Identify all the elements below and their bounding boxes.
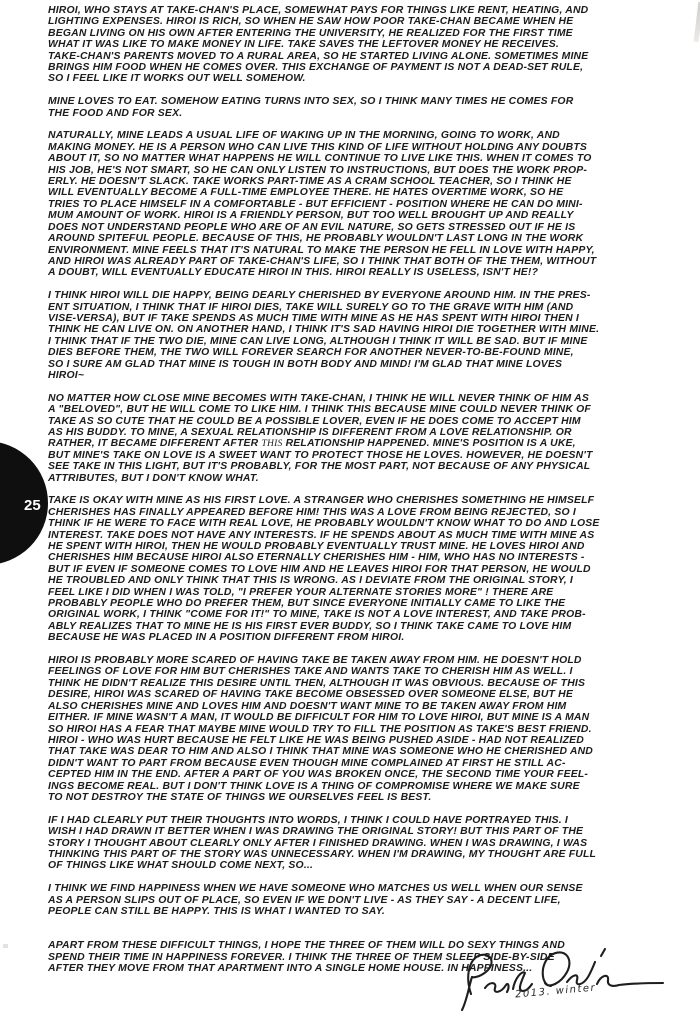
paragraph: HIROI, WHO STAYS AT TAKE-CHAN'S PLACE, S… (48, 5, 673, 85)
text-span: RATHER, IT BECAME DIFFERENT AFTER (48, 438, 261, 449)
text-line: SO I SURE AM GLAD THAT MINE IS TOUGH IN … (48, 359, 673, 370)
text-line: TAKE AS SO CUTE THAT HE COULD BE A POSSI… (48, 416, 673, 427)
text-line: VISE-VERSA), BUT IF TAKE SPENDS AS MUCH … (48, 313, 673, 324)
paragraph: IF I HAD CLEARLY PUT THEIR THOUGHTS INTO… (48, 815, 673, 872)
paragraph: MINE LOVES TO EAT. SOMEHOW EATING TURNS … (48, 96, 673, 119)
paragraph: NO MATTER HOW CLOSE MINE BECOMES WITH TA… (48, 393, 673, 484)
text-line: AS A PERSON SLIPS OUT OF PLACE, SO EVEN … (48, 895, 673, 906)
text-line: PROBABLY PEOPLE WHO DO PREFER THEM, BUT … (48, 598, 673, 609)
text-line: SO I FEEL LIKE IT WORKS OUT WELL SOMEHOW… (48, 73, 673, 84)
text-line: SEE TAKE IN THIS LIGHT, BUT IT'S PROBABL… (48, 461, 673, 472)
text-line: HIROI - WHO WAS HURT BECAUSE HE FELT LIK… (48, 735, 673, 746)
text-line: NATURALLY, MINE LEADS A USUAL LIFE OF WA… (48, 130, 673, 141)
text-span: RELATIONSHIP HAPPENED. MINE'S POSITION I… (283, 438, 576, 449)
text-line: CHERISHES HIM BECAUSE HIROI ALSO ETERNAL… (48, 552, 673, 563)
text-line: TO NOT DESTROY THE STATE OF THINGS WE OU… (48, 792, 673, 803)
text-line: MUM AMOUNT OF WORK. HIROI IS A FRIENDLY … (48, 210, 673, 221)
text-line: HIROI~ (48, 370, 673, 381)
author-signature-icon (455, 942, 670, 1022)
text-line: LIGHTING EXPENSES. HIROI IS RICH, SO WHE… (48, 16, 673, 27)
text-line: ENVIRONMENT. MINE FEELS THAT IT'S NATURA… (48, 245, 673, 256)
text-line: CHERISHES HAS FINALLY APPEARED BEFORE HI… (48, 507, 673, 518)
text-line: ORIGINAL WORK, I THINK "COME FOR IT!" TO… (48, 609, 673, 620)
text-line: RATHER, IT BECAME DIFFERENT AFTER THIS R… (48, 438, 673, 449)
text-line: AS HIS BUDDY. TO MINE, A SEXUAL RELATION… (48, 427, 673, 438)
text-line: FEELINGS OF LOVE FOR HIM BUT CHERISHES T… (48, 666, 673, 677)
text-line: THINKING THIS PART OF THE STORY WAS UNNE… (48, 849, 673, 860)
text-line: INGS BECOME REAL. BUT I DON'T THINK LOVE… (48, 781, 673, 792)
text-line: BRINGS HIM FOOD WHEN HE COMES OVER. THIS… (48, 62, 673, 73)
text-line: STORY I THOUGHT ABOUT CLEARLY ONLY AFTER… (48, 838, 673, 849)
text-line: AND HIROI WAS ALREADY PART OF TAKE-CHAN'… (48, 256, 673, 267)
text-line: OF THINGS LIKE WHAT SHOULD COME NEXT, SO… (48, 860, 673, 871)
text-line (48, 917, 673, 928)
text-line: WISH I HAD DRAWN IT BETTER WHEN I WAS DR… (48, 826, 673, 837)
text-line: THINK HE DIDN'T REALIZE THIS DESIRE UNTI… (48, 678, 673, 689)
text-line: NO MATTER HOW CLOSE MINE BECOMES WITH TA… (48, 393, 673, 404)
text-line: TRIES TO PLACE HIMSELF IN A COMFORTABLE … (48, 199, 673, 210)
text-line: THINK IF HE WERE TO FACE WITH REAL LOVE,… (48, 518, 673, 529)
text-line: DOES NOT UNDERSTAND PEOPLE WHO ARE OF AN… (48, 222, 673, 233)
paragraph: TAKE IS OKAY WITH MINE AS HIS FIRST LOVE… (48, 495, 673, 643)
text-line: DESIRE, HIROI WAS SCARED OF HAVING TAKE … (48, 689, 673, 700)
text-line: THAT TAKE WAS DEAR TO HIM AND ALSO I THI… (48, 746, 673, 757)
text-line: ATTRIBUTES, BUT I DON'T KNOW WHAT. (48, 473, 673, 484)
text-line: FEEL LIKE I DID WHEN I WAS TOLD, "I PREF… (48, 587, 673, 598)
text-line: WHAT IT WAS LIKE TO MAKE MONEY IN LIFE. … (48, 39, 673, 50)
text-line: BEGAN LIVING ON HIS OWN AFTER ENTERING T… (48, 28, 673, 39)
text-line: TAKE IS OKAY WITH MINE AS HIS FIRST LOVE… (48, 495, 673, 506)
text-line: DIDN'T WANT TO PART FROM BECAUSE EVEN TH… (48, 758, 673, 769)
paragraph: I THINK HIROI WILL DIE HAPPY, BEING DEAR… (48, 290, 673, 381)
scan-speck-mark (3, 944, 8, 948)
text-line: INTEREST. TAKE DOES NOT HAVE ANY INTERES… (48, 530, 673, 541)
text-line: A DOUBT, WILL EVENTUALLY EDUCATE HIROI I… (48, 267, 673, 278)
text-line: THE FOOD AND FOR SEX. (48, 108, 673, 119)
text-line: ALSO CHERISHES MINE AND LOVES HIM AND DO… (48, 701, 673, 712)
text-line: IF I HAD CLEARLY PUT THEIR THOUGHTS INTO… (48, 815, 673, 826)
text-line: BUT MINE'S TAKE ON LOVE IS A SWEET WANT … (48, 450, 673, 461)
text-line: HIROI IS PROBABLY MORE SCARED OF HAVING … (48, 655, 673, 666)
paragraph: HIROI IS PROBABLY MORE SCARED OF HAVING … (48, 655, 673, 803)
signature-block: 2013. winter (455, 942, 670, 1022)
emphasized-word: THIS (261, 438, 282, 449)
text-line: I THINK THAT IF THE TWO DIE, MINE CAN LI… (48, 336, 673, 347)
paragraph: NATURALLY, MINE LEADS A USUAL LIFE OF WA… (48, 130, 673, 278)
text-line: TAKE-CHAN'S PARENTS MOVED TO A RURAL ARE… (48, 51, 673, 62)
paragraph: I THINK WE FIND HAPPINESS WHEN WE HAVE S… (48, 883, 673, 929)
text-line: ABLY REALIZES THAT TO MINE HE IS HIS FIR… (48, 621, 673, 632)
text-line: HIS JOB, HE'S NOT SMART, SO HE CAN ONLY … (48, 165, 673, 176)
text-line: BUT IF EVEN IF SOMEONE COMES TO LOVE HIM… (48, 564, 673, 575)
text-line: ABOUT IT, SO NO MATTER WHAT HAPPENS HE W… (48, 153, 673, 164)
text-line: ENT SITUATION, I THINK THAT IF HIROI DIE… (48, 302, 673, 313)
text-line: A "BELOVED", BUT HE WILL COME TO LIKE HI… (48, 404, 673, 415)
text-line: PEOPLE CAN STILL BE HAPPY. THIS IS WHAT … (48, 906, 673, 917)
text-line: WILL EVENTUALLY BECOME A FULL-TIME EMPLO… (48, 187, 673, 198)
text-line: THINK HE CAN LIVE ON. ON ANOTHER HAND, I… (48, 324, 673, 335)
text-line: I THINK WE FIND HAPPINESS WHEN WE HAVE S… (48, 883, 673, 894)
text-line: BECAUSE HE WAS PLACED IN A POSITION DIFF… (48, 632, 673, 643)
text-line: HIROI, WHO STAYS AT TAKE-CHAN'S PLACE, S… (48, 5, 673, 16)
text-line: HE TROUBLED AND ONLY THINK THAT THIS IS … (48, 575, 673, 586)
text-line: MAKING MONEY. HE IS A PERSON WHO CAN LIV… (48, 142, 673, 153)
text-line: HE SPENT WITH HIROI, THEN HE WOULD PROBA… (48, 541, 673, 552)
page-number: 25 (24, 497, 41, 514)
text-line: ERLY. HE DOESN'T SLACK. TAKE WORKS PART-… (48, 176, 673, 187)
text-line: I THINK HIROI WILL DIE HAPPY, BEING DEAR… (48, 290, 673, 301)
text-line: AROUND SPITEFUL PEOPLE. BECAUSE OF THIS,… (48, 233, 673, 244)
text-line: SO HIROI HAS A FEAR THAT MAYBE MINE WOUL… (48, 724, 673, 735)
scan-artifact-mark (694, 2, 700, 42)
text-line: CEPTED HIM IN THE END. AFTER A PART OF Y… (48, 769, 673, 780)
page-number-badge: 25 (0, 441, 48, 565)
text-line: EITHER. IF MINE WASN'T A MAN, IT WOULD B… (48, 712, 673, 723)
afterword-text-block: HIROI, WHO STAYS AT TAKE-CHAN'S PLACE, S… (48, 5, 673, 986)
text-line: MINE LOVES TO EAT. SOMEHOW EATING TURNS … (48, 96, 673, 107)
text-line: DIES BEFORE THEM, THE TWO WILL FOREVER S… (48, 347, 673, 358)
